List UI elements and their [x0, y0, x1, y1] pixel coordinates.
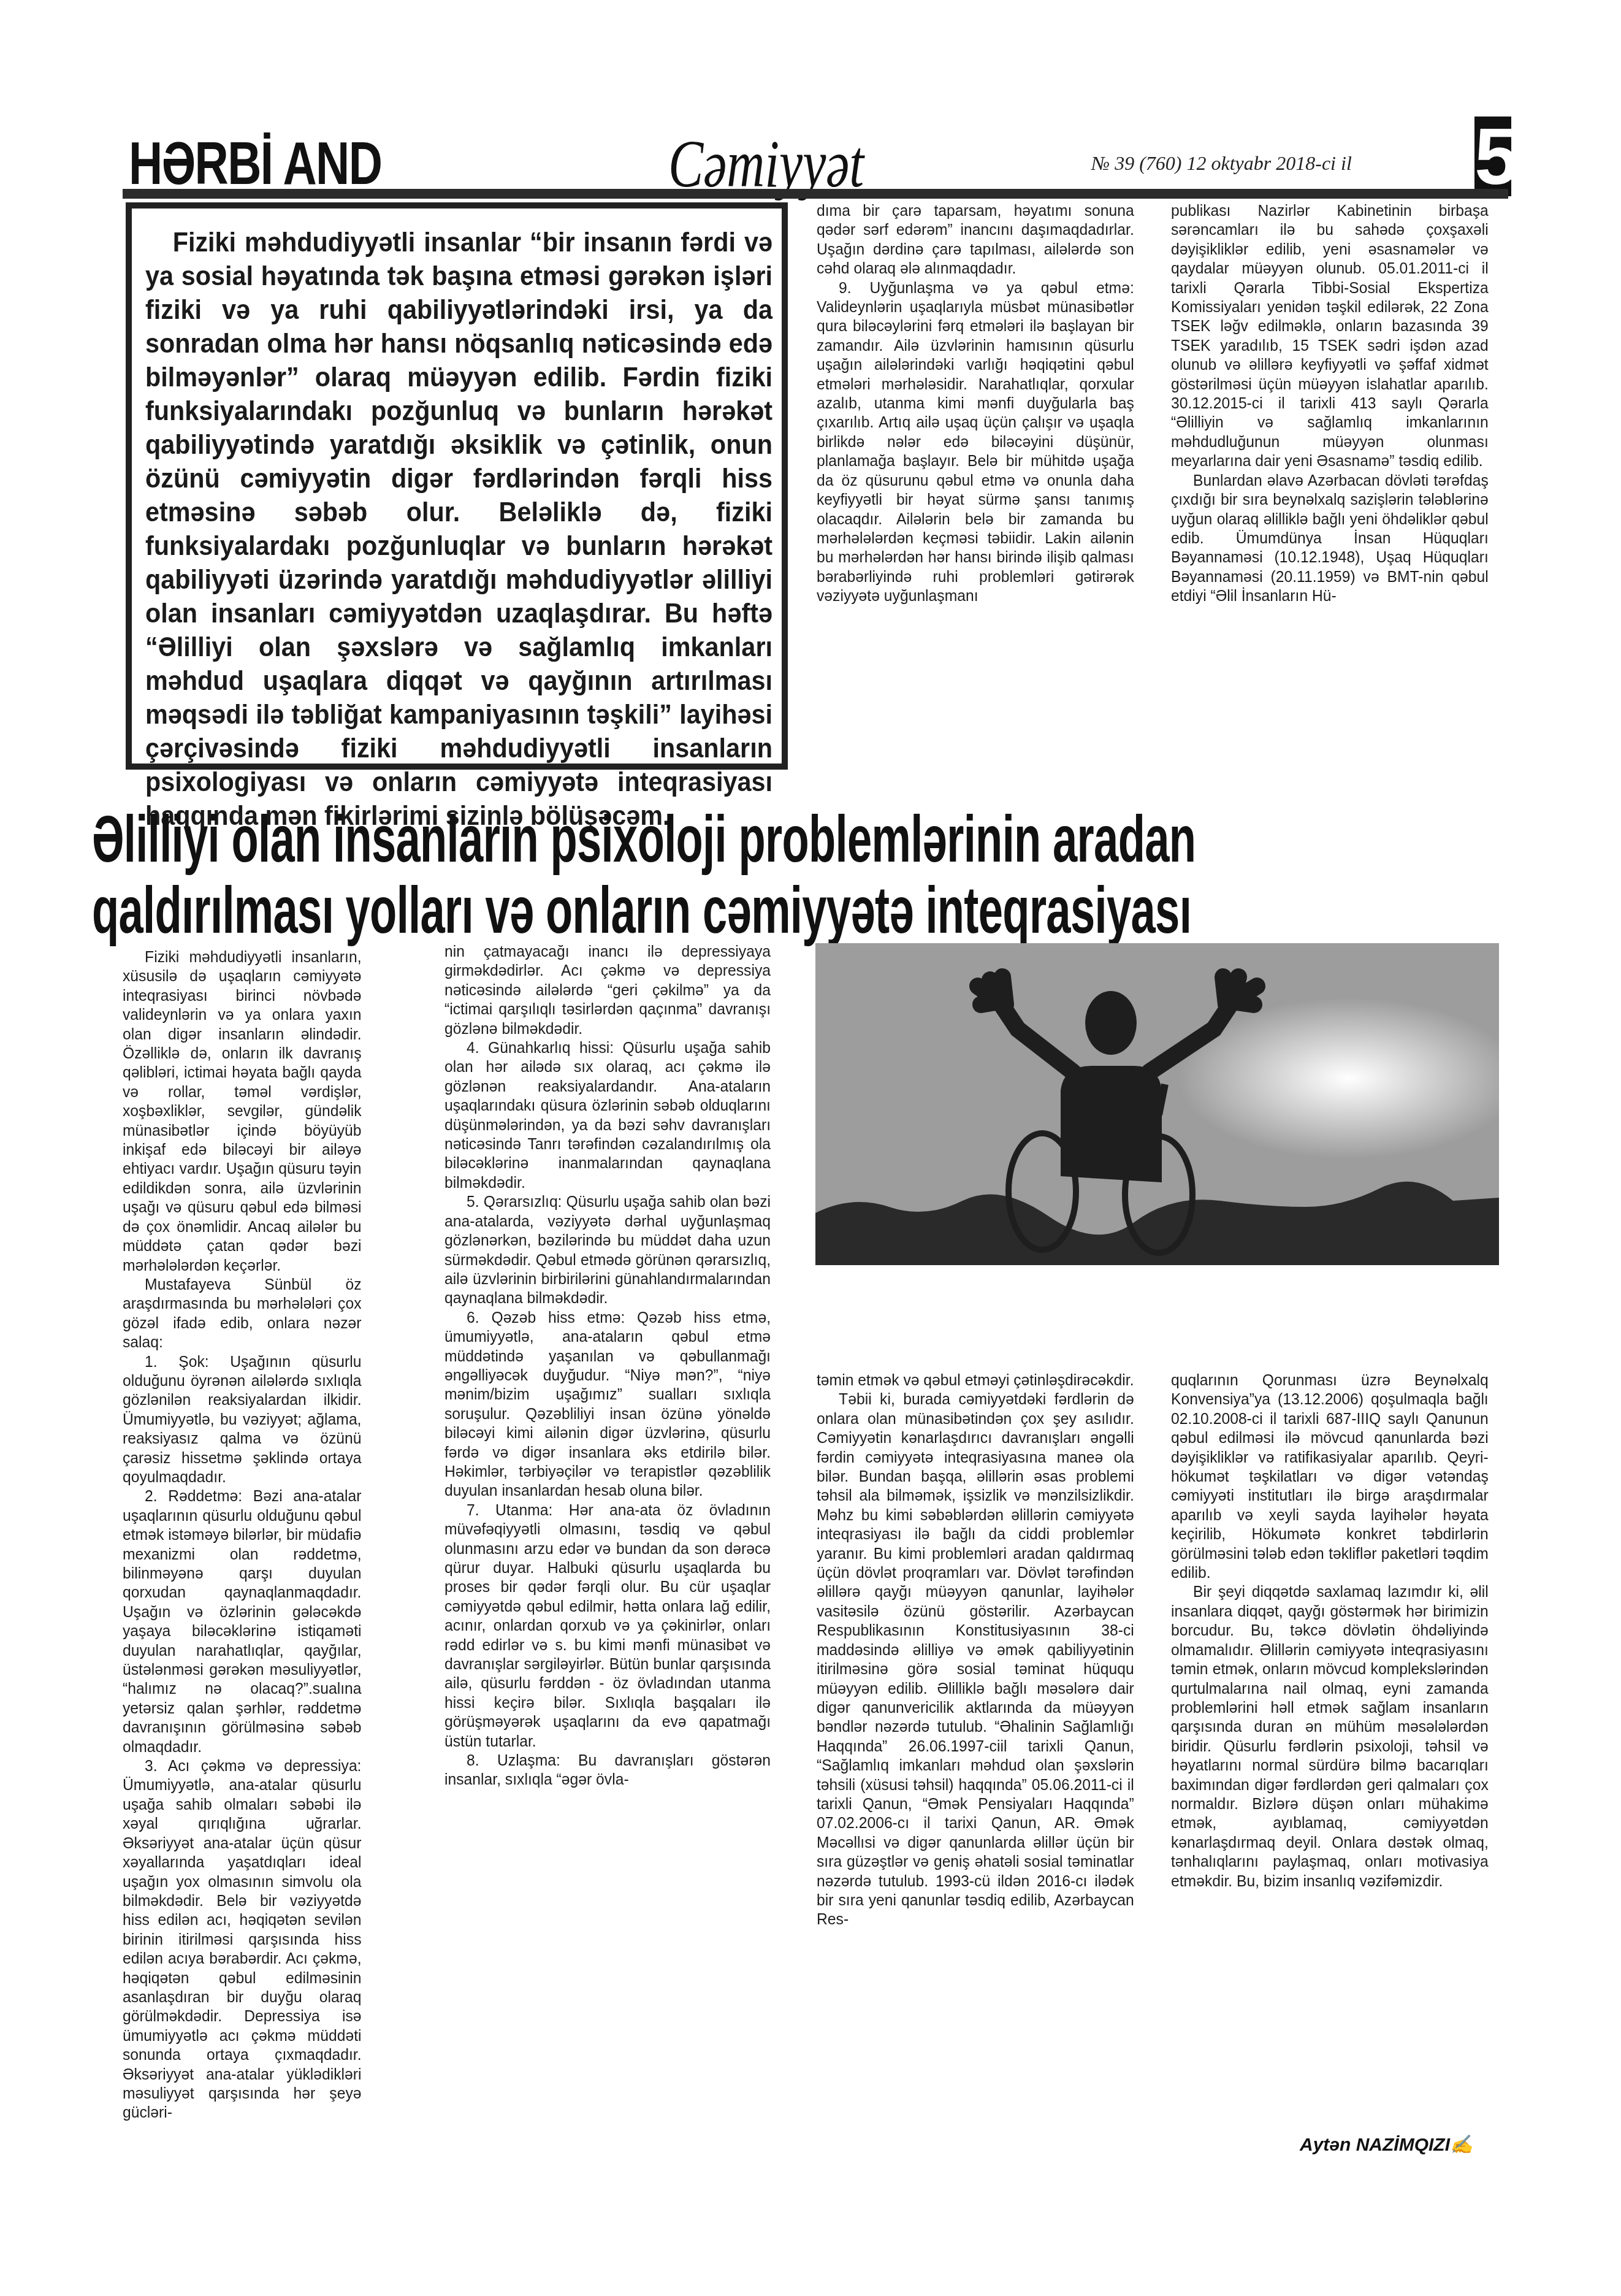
- newspaper-page: HƏRBİ AND Cəmiyyət № 39 (760) 12 oktyabr…: [0, 0, 1621, 2296]
- body-column-4: quqlarının Qorunması üzrə Beynəlxalq Kon…: [1171, 1371, 1489, 1891]
- paper-name: HƏRBİ AND: [129, 129, 381, 198]
- top-column-1: dıma bir çarə taparsam, həyatımı sonuna …: [817, 201, 1134, 606]
- paragraph: Bir şeyi diqqətdə saxlamaq lazımdır ki, …: [1171, 1582, 1489, 1891]
- paragraph: 4. Günahkarlıq hissi: Qüsurlu uşağa sahi…: [444, 1038, 771, 1192]
- paragraph: quqlarının Qorunması üzrə Beynəlxalq Kon…: [1171, 1371, 1489, 1582]
- page-number: 5: [1474, 117, 1511, 196]
- body-column-1: Fiziki məhdudiyyətli insanların, xüsusil…: [123, 947, 362, 2122]
- paragraph: 5. Qərarsızlıq: Qüsurlu uşağa sahib olan…: [444, 1192, 771, 1307]
- intro-text: Fiziki məhdudiyyətli insanlar “bir insan…: [145, 226, 772, 833]
- paragraph: Fiziki məhdudiyyətli insanların, xüsusil…: [123, 947, 362, 1275]
- pen-icon: ✍: [1450, 2135, 1473, 2155]
- wheelchair-photo: [815, 943, 1499, 1265]
- paragraph: Mustafayeva Sünbül öz araşdırmasında bu …: [123, 1275, 362, 1352]
- headline-line-1: Əlilliyi olan insanların psixoloji probl…: [92, 803, 1530, 874]
- paragraph: nin çatmayacağı inancı ilə depressiyaya …: [444, 942, 771, 1038]
- paragraph: 3. Acı çəkmə və depressiya: Ümumiyyətlə,…: [123, 1756, 362, 2122]
- issue-info: № 39 (760) 12 oktyabr 2018-ci il: [1091, 152, 1352, 175]
- wheelchair-silhouette-icon: [815, 943, 1499, 1265]
- author-byline: Aytən NAZİMQIZI✍: [1300, 2134, 1473, 2156]
- paragraph: Bunlardan əlavə Azərbacan dövləti tərəfd…: [1171, 471, 1489, 606]
- paragraph: dıma bir çarə taparsam, həyatımı sonuna …: [817, 201, 1134, 278]
- author-name: Aytən NAZİMQIZI: [1300, 2135, 1450, 2155]
- headline-line-2: qaldırılması yolları və onların cəmiyyət…: [92, 874, 1530, 946]
- paragraph: 8. Uzlaşma: Bu davranışları göstərən ins…: [444, 1751, 771, 1789]
- paragraph: 9. Uyğunlaşma və ya qəbul etmə: Valideyn…: [817, 278, 1134, 606]
- body-column-3: təmin etmək və qəbul etməyi çətinləşdirə…: [817, 1371, 1134, 1929]
- paragraph: publikası Nazirlər Kabinetinin birbaşa s…: [1171, 201, 1489, 471]
- header-rule: [123, 189, 1508, 199]
- paragraph: 6. Qəzəb hiss etmə: Qəzəb hiss etmə, ümu…: [444, 1308, 771, 1501]
- article-headline: Əlilliyi olan insanların psixoloji probl…: [92, 803, 1527, 946]
- paragraph: təmin etmək və qəbul etməyi çətinləşdirə…: [817, 1371, 1134, 1390]
- paragraph: 2. Rəddetmə: Bəzi ana-atalar uşaqlarının…: [123, 1487, 362, 1756]
- body-column-2: nin çatmayacağı inancı ilə depressiyaya …: [444, 942, 771, 1789]
- intro-box: Fiziki məhdudiyyətli insanlar “bir insan…: [126, 202, 788, 770]
- paragraph: 1. Şok: Uşağının qüsurlu olduğunu öyrənə…: [123, 1352, 362, 1487]
- paragraph: 7. Utanma: Hər ana-ata öz övladının müvə…: [444, 1501, 771, 1751]
- paragraph: Təbii ki, burada cəmiyyətdəki fərdlərin …: [817, 1390, 1134, 1929]
- top-column-2: publikası Nazirlər Kabinetinin birbaşa s…: [1171, 201, 1489, 606]
